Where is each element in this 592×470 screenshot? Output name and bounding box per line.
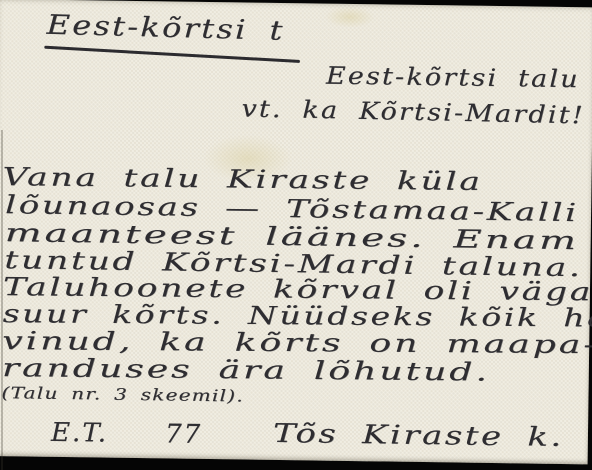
farm-name-line: Eest-kõrtsi talu [326,62,580,94]
scanned-card-photo: Eest-kõrtsi t Eest-kõrtsi talu vt. ka Kõ… [0,0,592,470]
body-line-scheme-note: (Talu nr. 3 skeemil). [1,383,244,405]
scan-edge-shadow [1,130,3,470]
cross-reference-line: vt. ka Kõrtsi-Mardit! [241,94,585,129]
recorder-initials: E.T. [51,418,108,449]
title-underline-stroke [44,46,300,63]
location-note: Tõs Kiraste k. [273,419,564,453]
record-year: 77 [165,419,203,450]
paper-stain [325,6,375,29]
card-title-handwritten: Eest-kõrtsi t [46,10,285,47]
index-card: Eest-kõrtsi t Eest-kõrtsi talu vt. ka Kõ… [0,0,592,464]
body-line: randuses ära lõhutud. [2,353,490,386]
